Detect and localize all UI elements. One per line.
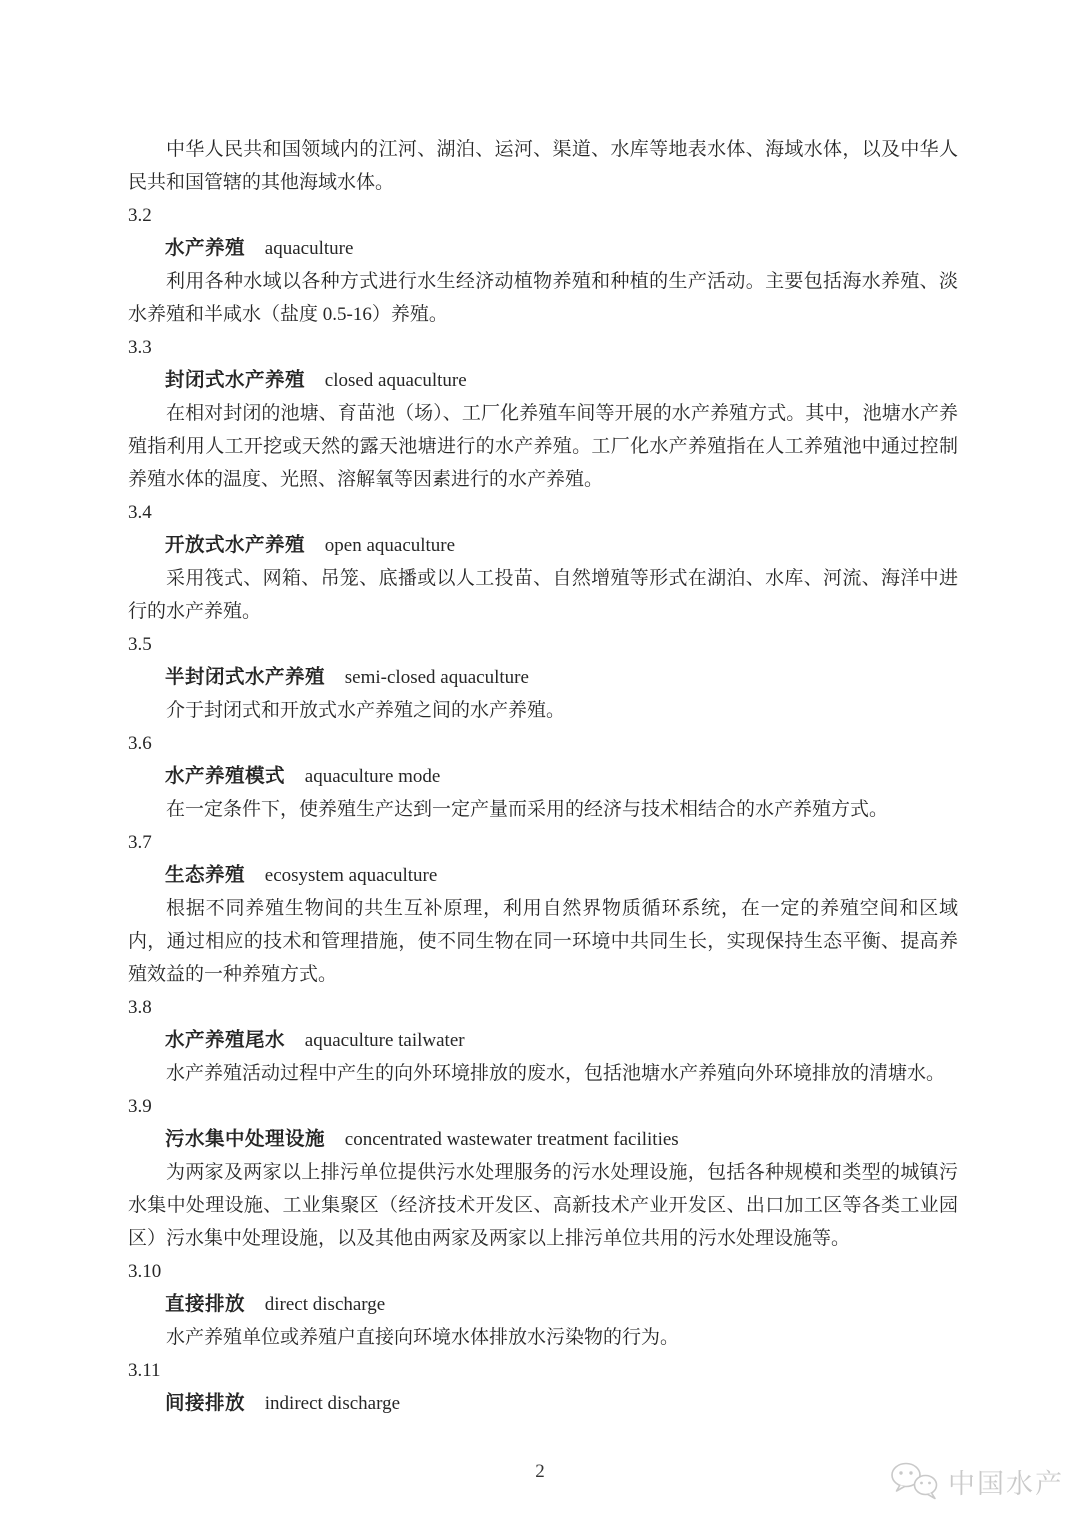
term-section-3-7: 3.7 生态养殖 ecosystem aquaculture 根据不同养殖生物间…: [128, 826, 958, 991]
term-en: open aquaculture: [325, 535, 455, 556]
term-en: aquaculture tailwater: [305, 1030, 465, 1051]
term-line: 污水集中处理设施 concentrated wastewater treatme…: [128, 1123, 958, 1156]
term-en: aquaculture mode: [305, 766, 441, 787]
section-number: 3.11: [128, 1354, 958, 1387]
section-number: 3.9: [128, 1090, 958, 1123]
term-en: semi-closed aquaculture: [345, 667, 529, 688]
term-line: 封闭式水产养殖 closed aquaculture: [128, 364, 958, 397]
watermark: 中国水产: [889, 1461, 1064, 1501]
term-line: 水产养殖模式 aquaculture mode: [128, 760, 958, 793]
document-page: 中华人民共和国领域内的江河、湖泊、运河、渠道、水库等地表水体、海域水体，以及中华…: [0, 0, 1080, 1527]
section-number: 3.8: [128, 991, 958, 1024]
section-number: 3.10: [128, 1255, 958, 1288]
term-definition: 利用各种水域以各种方式进行水生经济动植物养殖和种植的生产活动。主要包括海水养殖、…: [128, 265, 958, 331]
term-zh: 开放式水产养殖: [165, 534, 305, 556]
term-zh: 污水集中处理设施: [165, 1128, 325, 1150]
wechat-icon: [889, 1461, 941, 1501]
section-number: 3.2: [128, 199, 958, 232]
term-line: 水产养殖尾水 aquaculture tailwater: [128, 1024, 958, 1057]
term-section-3-4: 3.4 开放式水产养殖 open aquaculture 采用筏式、网箱、吊笼、…: [128, 496, 958, 628]
term-line: 间接排放 indirect discharge: [128, 1387, 958, 1420]
term-zh: 直接排放: [165, 1293, 245, 1315]
term-section-3-3: 3.3 封闭式水产养殖 closed aquaculture 在相对封闭的池塘、…: [128, 331, 958, 496]
term-definition: 在相对封闭的池塘、育苗池（场）、工厂化养殖车间等开展的水产养殖方式。其中，池塘水…: [128, 397, 958, 496]
section-number: 3.7: [128, 826, 958, 859]
term-zh: 水产养殖: [165, 237, 245, 259]
term-en: aquaculture: [265, 238, 354, 259]
term-zh: 封闭式水产养殖: [165, 369, 305, 391]
section-number: 3.3: [128, 331, 958, 364]
term-line: 直接排放 direct discharge: [128, 1288, 958, 1321]
term-en: closed aquaculture: [325, 370, 467, 391]
term-section-3-5: 3.5 半封闭式水产养殖 semi-closed aquaculture 介于封…: [128, 628, 958, 727]
term-definition: 介于封闭式和开放式水产养殖之间的水产养殖。: [128, 694, 958, 727]
term-definition: 水产养殖活动过程中产生的向外环境排放的废水，包括池塘水产养殖向外环境排放的清塘水…: [128, 1057, 958, 1090]
intro-paragraph: 中华人民共和国领域内的江河、湖泊、运河、渠道、水库等地表水体、海域水体，以及中华…: [128, 133, 958, 199]
term-line: 生态养殖 ecosystem aquaculture: [128, 859, 958, 892]
term-section-3-9: 3.9 污水集中处理设施 concentrated wastewater tre…: [128, 1090, 958, 1255]
watermark-text: 中国水产: [948, 1462, 1064, 1501]
term-section-3-11: 3.11 间接排放 indirect discharge: [128, 1354, 958, 1420]
term-zh: 生态养殖: [165, 864, 245, 886]
term-definition: 在一定条件下，使养殖生产达到一定产量而采用的经济与技术相结合的水产养殖方式。: [128, 793, 958, 826]
term-section-3-8: 3.8 水产养殖尾水 aquaculture tailwater 水产养殖活动过…: [128, 991, 958, 1090]
term-section-3-6: 3.6 水产养殖模式 aquaculture mode 在一定条件下，使养殖生产…: [128, 727, 958, 826]
term-en: ecosystem aquaculture: [265, 865, 438, 886]
section-number: 3.4: [128, 496, 958, 529]
terms-content: 中华人民共和国领域内的江河、湖泊、运河、渠道、水库等地表水体、海域水体，以及中华…: [128, 133, 958, 1420]
term-en: indirect discharge: [265, 1393, 400, 1414]
term-line: 水产养殖 aquaculture: [128, 232, 958, 265]
section-number: 3.6: [128, 727, 958, 760]
term-section-3-10: 3.10 直接排放 direct discharge 水产养殖单位或养殖户直接向…: [128, 1255, 958, 1354]
section-number: 3.5: [128, 628, 958, 661]
term-zh: 水产养殖尾水: [165, 1029, 285, 1051]
term-en: direct discharge: [265, 1294, 385, 1315]
term-section-3-2: 3.2 水产养殖 aquaculture 利用各种水域以各种方式进行水生经济动植…: [128, 199, 958, 331]
term-zh: 间接排放: [165, 1392, 245, 1414]
term-definition: 为两家及两家以上排污单位提供污水处理服务的污水处理设施，包括各种规模和类型的城镇…: [128, 1156, 958, 1255]
term-line: 半封闭式水产养殖 semi-closed aquaculture: [128, 661, 958, 694]
term-definition: 水产养殖单位或养殖户直接向环境水体排放水污染物的行为。: [128, 1321, 958, 1354]
term-zh: 水产养殖模式: [165, 765, 285, 787]
term-definition: 根据不同养殖生物间的共生互补原理，利用自然界物质循环系统，在一定的养殖空间和区域…: [128, 892, 958, 991]
term-zh: 半封闭式水产养殖: [165, 666, 325, 688]
term-definition: 采用筏式、网箱、吊笼、底播或以人工投苗、自然增殖等形式在湖泊、水库、河流、海洋中…: [128, 562, 958, 628]
term-en: concentrated wastewater treatment facili…: [345, 1129, 679, 1150]
term-line: 开放式水产养殖 open aquaculture: [128, 529, 958, 562]
